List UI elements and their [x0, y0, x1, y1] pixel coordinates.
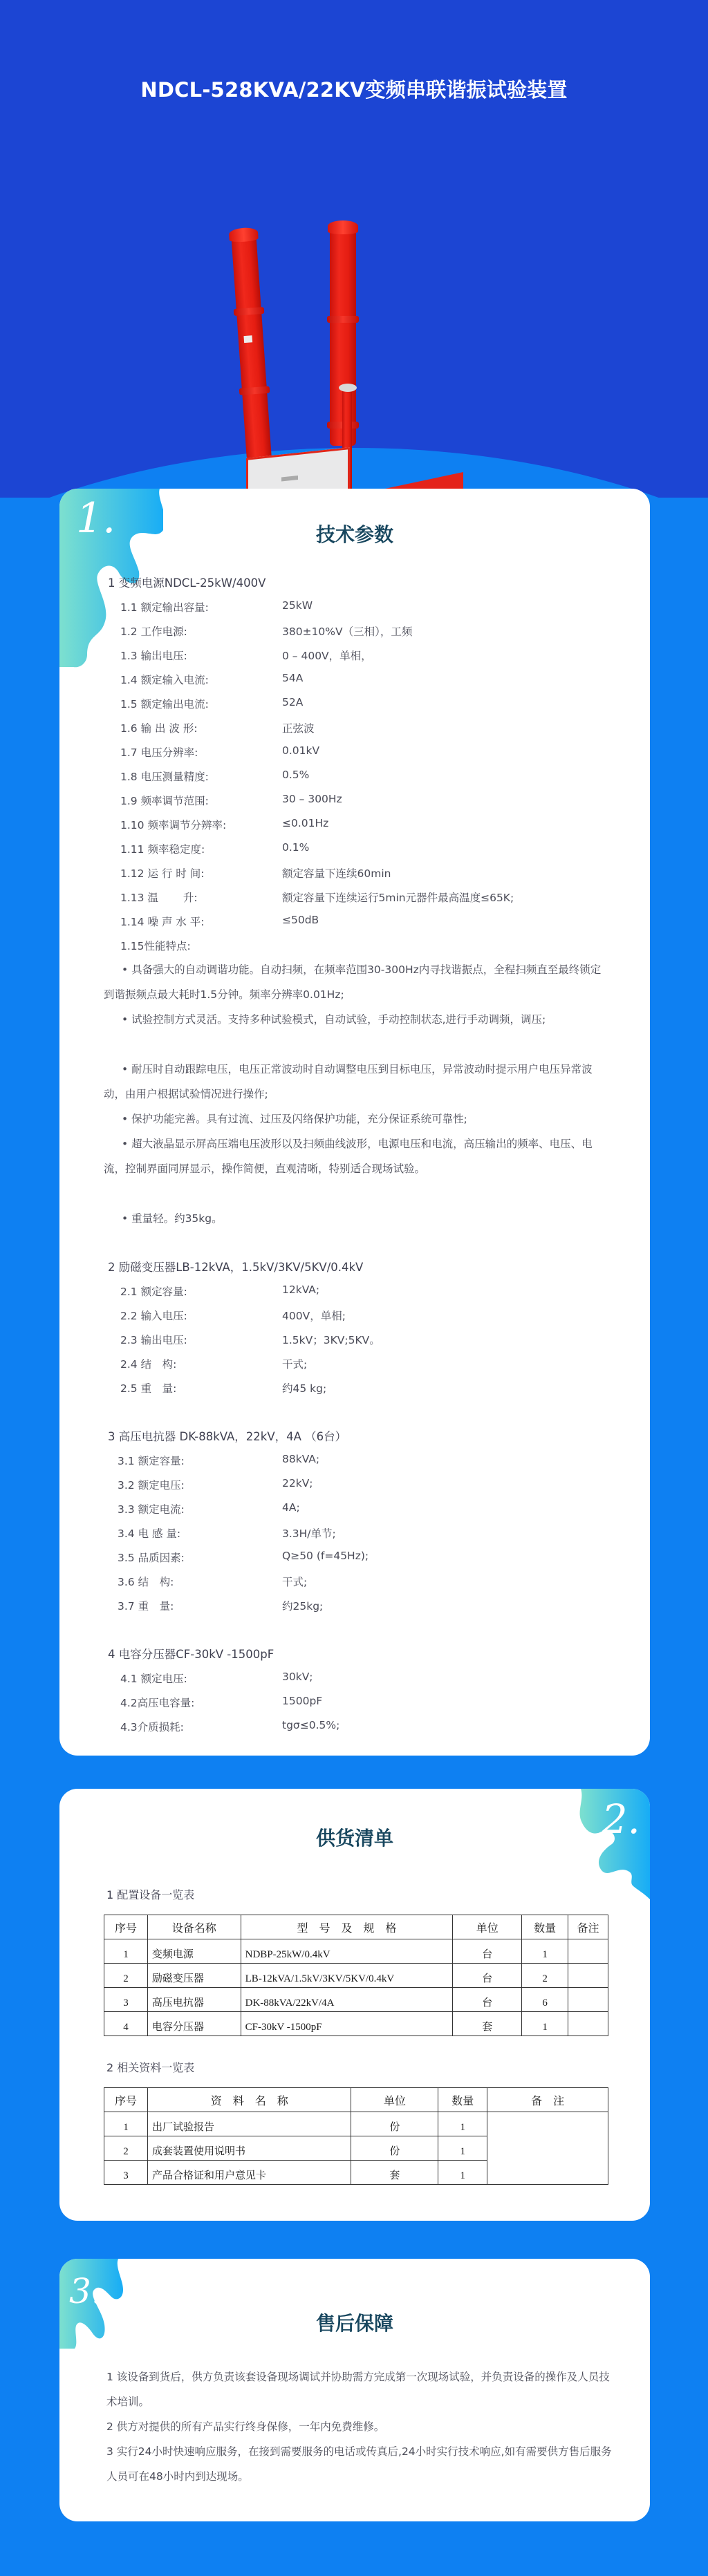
- spec-row: 1.10 频率调节分辨率:≤0.01Hz: [120, 817, 226, 832]
- table-row: 1 变频电源 NDBP-25kW/0.4kV 台 1: [104, 1939, 608, 1964]
- table-row: 3 高压电抗器 DK-88kVA/22kV/4A 台 6: [104, 1988, 608, 2012]
- page-title: NDCL-528KVA/22KV变频串联谐振试验装置: [0, 75, 708, 103]
- card-title-service: 售后保障: [59, 2309, 650, 2336]
- table-row: 4 电容分压器 CF-30kV -1500pF 套 1: [104, 2012, 608, 2036]
- spec-row: 4.1 额定电压:30kV;: [120, 1671, 187, 1686]
- spec-row: 3.4 电 感 量:3.3H/单节;: [118, 1525, 180, 1541]
- spec-row: 1.11 频率稳定度:0.1%: [120, 841, 205, 856]
- spec-row: 3.5 品质因素:Q≥50 (f=45Hz);: [118, 1550, 185, 1565]
- spec-row: 1.12 运 行 时 间:额定容量下连续60min: [120, 865, 204, 881]
- column-header: 单位: [453, 1915, 522, 1939]
- table2-heading: 2 相关资料一览表: [106, 2059, 194, 2075]
- column-header: 型 号 及 规 格: [241, 1915, 453, 1939]
- table-row: 2 励磁变压器 LB-12kVA/1.5kV/3KV/5KV/0.4kV 台 2: [104, 1964, 608, 1988]
- spec-row: 2.4 结 构:干式;: [120, 1356, 176, 1371]
- spec-row: 4.3介质损耗:tgσ≤0.5%;: [120, 1719, 184, 1734]
- spec-row: 3.7 重 量:约25kg;: [118, 1598, 174, 1613]
- column-header: 备注: [568, 1915, 608, 1939]
- spec-row: 3.6 结 构:干式;: [118, 1574, 174, 1589]
- reactor-tube-left: [231, 232, 272, 461]
- card-title-tech: 技术参数: [59, 520, 650, 547]
- column-header: 资 料 名 称: [147, 2088, 351, 2112]
- spec-row: 1.13 温 升:额定容量下连续运行5min元器件最高温度≤65K;: [120, 890, 198, 905]
- spec-row: 4.2高压电容量:1500pF: [120, 1695, 194, 1710]
- feature-paragraph: • 超大液晶显示屏高压端电压波形以及扫频曲线波形，电源电压和电流，高压输出的频率…: [104, 1131, 608, 1181]
- spec-row: 3.1 额定容量:88kVA;: [118, 1453, 185, 1468]
- column-header: 备 注: [487, 2088, 608, 2112]
- spec-row: 1.5 额定输出电流:52A: [120, 696, 209, 711]
- feature-paragraph: • 试验控制方式灵活。支持多种试验模式，自动试验，手动控制状态,进行手动调频，调…: [104, 1007, 608, 1032]
- column-header: 数量: [438, 2088, 487, 2112]
- column-header: 单位: [351, 2088, 438, 2112]
- spec-row: 1.15性能特点:: [120, 938, 191, 953]
- spec-row: 2.2 输入电压:400V，单相;: [120, 1308, 187, 1323]
- spec-row: 1.9 频率调节范围:30 – 300Hz: [120, 793, 209, 808]
- spec-row: 1.8 电压测量精度:0.5%: [120, 769, 209, 784]
- section-number-3: 3.: [69, 2271, 102, 2311]
- column-header: 序号: [104, 2088, 148, 2112]
- remarks-cell: [487, 2112, 608, 2185]
- section-heading: 2 励磁变压器LB-12kVA，1.5kV/3KV/5KV/0.4kV: [108, 1258, 363, 1275]
- spec-row: 1.4 额定输入电流:54A: [120, 672, 209, 687]
- table-header-row: 序号 资 料 名 称 单位 数量 备 注: [104, 2088, 608, 2112]
- section-heading: 4 电容分压器CF-30kV -1500pF: [108, 1645, 274, 1662]
- documents-table: 序号 资 料 名 称 单位 数量 备 注 1 出厂试验报告 份 1 2 成套装置…: [104, 2087, 608, 2185]
- spec-row: 1.2 工作电源:380±10%V（三相），工频: [120, 623, 187, 639]
- spec-row: 1.1 额定输出容量:25kW: [120, 599, 209, 614]
- spec-row: 2.3 输出电压:1.5kV；3KV;5KV。: [120, 1332, 187, 1347]
- spec-row: 1.7 电压分辨率:0.01kV: [120, 744, 198, 760]
- spec-row: 3.2 额定电压:22kV;: [118, 1477, 185, 1492]
- feature-paragraph: • 具备强大的自动调谐功能。自动扫频，在频率范围30-300Hz内寻找谐振点，全…: [104, 957, 608, 1007]
- column-header: 数量: [522, 1915, 568, 1939]
- spec-row: 1.14 噪 声 水 平:≤50dB: [120, 914, 204, 929]
- feature-paragraph: • 重量轻。约35kg。: [104, 1206, 608, 1231]
- feature-paragraph: • 保护功能完善。具有过流、过压及闪络保护功能，充分保证系统可靠性;: [104, 1107, 608, 1131]
- card-tech-params: 1. 技术参数 1 变频电源NDCL-25kW/400V 1.1 额定输出容量:…: [59, 489, 650, 1756]
- feature-paragraph: • 耐压时自动跟踪电压，电压正常波动时自动调整电压到目标电压，异常波动时提示用户…: [104, 1057, 608, 1107]
- card-title-supply: 供货清单: [59, 1823, 650, 1851]
- card-supply-list: 2. 供货清单 1 配置设备一览表 序号 设备名称 型 号 及 规 格 单位 数…: [59, 1789, 650, 2221]
- service-item: 2 供方对提供的所有产品实行终身保修，一年内免费维修。: [106, 2414, 618, 2439]
- section-heading: 3 高压电抗器 DK-88kVA，22kV，4A （6台）: [108, 1427, 346, 1444]
- divider-cap: [339, 384, 357, 392]
- spec-row: 2.5 重 量:约45 kg;: [120, 1380, 176, 1395]
- column-header: 设备名称: [147, 1915, 241, 1939]
- product-image: [235, 207, 470, 435]
- service-item: 3 实行24小时快速响应服务，在接到需要服务的电话或传真后,24小时实行技术响应…: [106, 2439, 618, 2489]
- spec-row: 3.3 额定电流:4A;: [118, 1501, 185, 1516]
- service-item: 1 该设备到货后，供方负责该套设备现场调试并协助需方完成第一次现场试验，并负责设…: [106, 2365, 618, 2414]
- section-heading: 1 变频电源NDCL-25kW/400V: [108, 574, 265, 590]
- column-header: 序号: [104, 1915, 148, 1939]
- table-header-row: 序号 设备名称 型 号 及 规 格 单位 数量 备注: [104, 1915, 608, 1939]
- hero-banner: NDCL-528KVA/22KV变频串联谐振试验装置: [0, 0, 708, 498]
- table-row: 1 出厂试验报告 份 1: [104, 2112, 608, 2136]
- card-after-sales: 3. 售后保障 1 该设备到货后，供方负责该套设备现场调试并协助需方完成第一次现…: [59, 2259, 650, 2521]
- equipment-table: 序号 设备名称 型 号 及 规 格 单位 数量 备注 1 变频电源 NDBP-2…: [104, 1915, 608, 2036]
- spec-row: 1.6 输 出 波 形:正弦波: [120, 720, 198, 735]
- spec-row: 2.1 额定容量:12kVA;: [120, 1284, 187, 1299]
- table1-heading: 1 配置设备一览表: [106, 1886, 194, 1902]
- spec-row: 1.3 输出电压:0 – 400V，单相，: [120, 648, 187, 663]
